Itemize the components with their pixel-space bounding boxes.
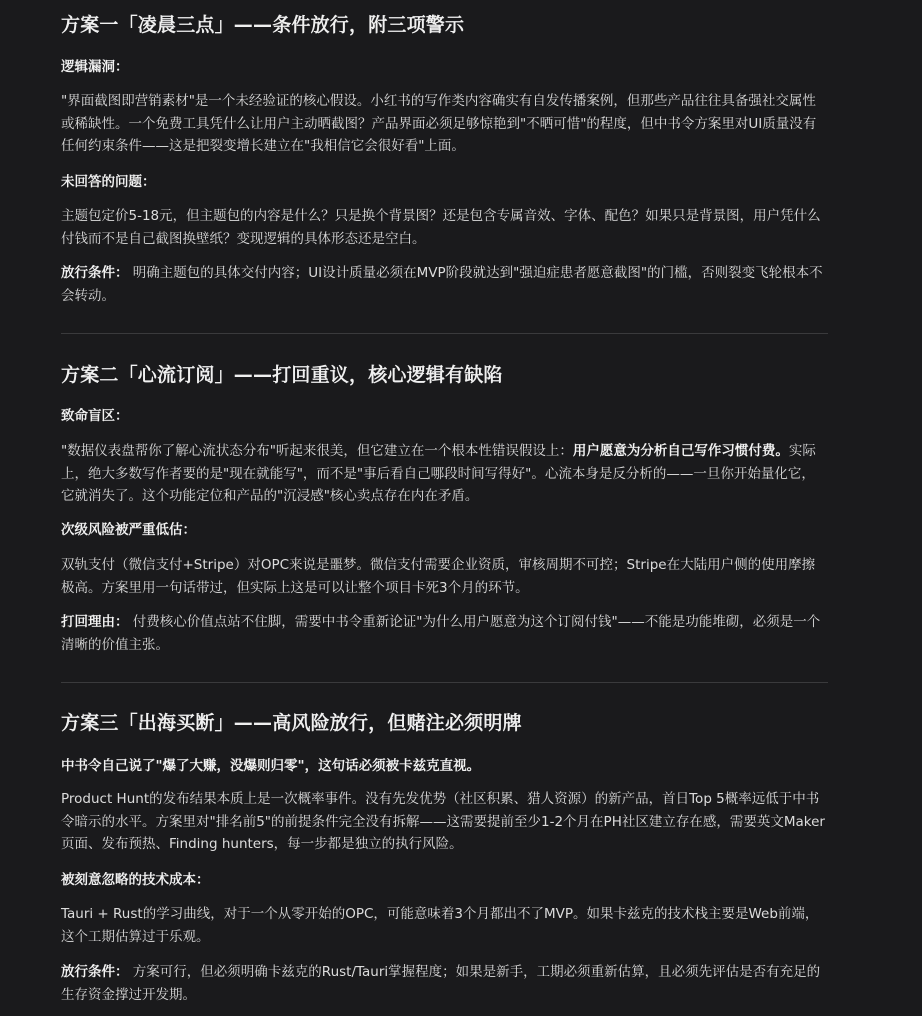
plan-1-logic-flaw-text: "界面截图即营销素材"是一个未经验证的核心假设。小红书的写作类内容确实有自发传播…: [61, 90, 828, 158]
plan-2-verdict: 打回理由： 付费核心价值点站不住脚，需要中书令重新论证"为什么用户愿意为这个订阅…: [61, 611, 828, 656]
plan-2-blind-spot-text-before: "数据仪表盘帮你了解心流状态分布"听起来很美，但它建立在一个根本性错误假设上：: [61, 443, 573, 459]
plan-2-verdict-label: 打回理由：: [61, 614, 129, 630]
plan-3-heading-tech-cost: 被刻意忽略的技术成本：: [61, 870, 210, 890]
plan-1-unanswered-text: 主题包定价5-18元，但主题包的内容是什么？只是换个背景图？还是包含专属音效、字…: [61, 205, 828, 250]
plan-1-verdict-label: 放行条件：: [61, 265, 129, 281]
plan-2-title: 方案二「心流订阅」——打回重议，核心逻辑有缺陷: [61, 362, 503, 388]
plan-2-blind-spot-text: "数据仪表盘帮你了解心流状态分布"听起来很美，但它建立在一个根本性错误假设上：用…: [61, 440, 828, 508]
plan-1-verdict-text: 明确主题包的具体交付内容；UI设计质量必须在MVP阶段就达到"强迫症患者愿意截图…: [61, 265, 823, 304]
plan-1-heading-logic-flaw: 逻辑漏洞：: [61, 57, 129, 77]
plan-2-verdict-text: 付费核心价值点站不住脚，需要中书令重新论证"为什么用户愿意为这个订阅付钱"——不…: [61, 614, 820, 653]
plan-3-tech-cost-text: Tauri + Rust的学习曲线，对于一个从零开始的OPC，可能意味着3个月都…: [61, 903, 828, 948]
plan-1-heading-unanswered: 未回答的问题：: [61, 172, 156, 192]
plan-2-heading-secondary-risk: 次级风险被严重低估：: [61, 520, 196, 540]
plan-1-verdict: 放行条件： 明确主题包的具体交付内容；UI设计质量必须在MVP阶段就达到"强迫症…: [61, 262, 828, 307]
plan-3-title: 方案三「出海买断」——高风险放行，但赌注必须明牌: [61, 710, 522, 736]
plan-3-verdict-label: 放行条件：: [61, 964, 129, 980]
plan-3-lead: 中书令自己说了"爆了大赚，没爆则归零"，这句话必须被卡兹克直视。: [61, 756, 480, 776]
plan-2-heading-blind-spot: 致命盲区：: [61, 406, 129, 426]
plan-3-verdict: 放行条件： 方案可行，但必须明确卡兹克的Rust/Tauri掌握程度；如果是新手…: [61, 961, 828, 1006]
section-divider: [61, 333, 828, 334]
plan-3-ph-risk-text: Product Hunt的发布结果本质上是一次概率事件。没有先发优势（社区积累、…: [61, 788, 828, 856]
plan-2-secondary-risk-text: 双轨支付（微信支付+Stripe）对OPC来说是噩梦。微信支付需要企业资质，审核…: [61, 554, 828, 599]
section-divider: [61, 682, 828, 683]
plan-3-verdict-text: 方案可行，但必须明确卡兹克的Rust/Tauri掌握程度；如果是新手，工期必须重…: [61, 964, 820, 1003]
plan-1-title: 方案一「凌晨三点」——条件放行，附三项警示: [61, 12, 464, 38]
plan-2-blind-spot-emphasis: 用户愿意为分析自己写作习惯付费。: [573, 443, 789, 459]
